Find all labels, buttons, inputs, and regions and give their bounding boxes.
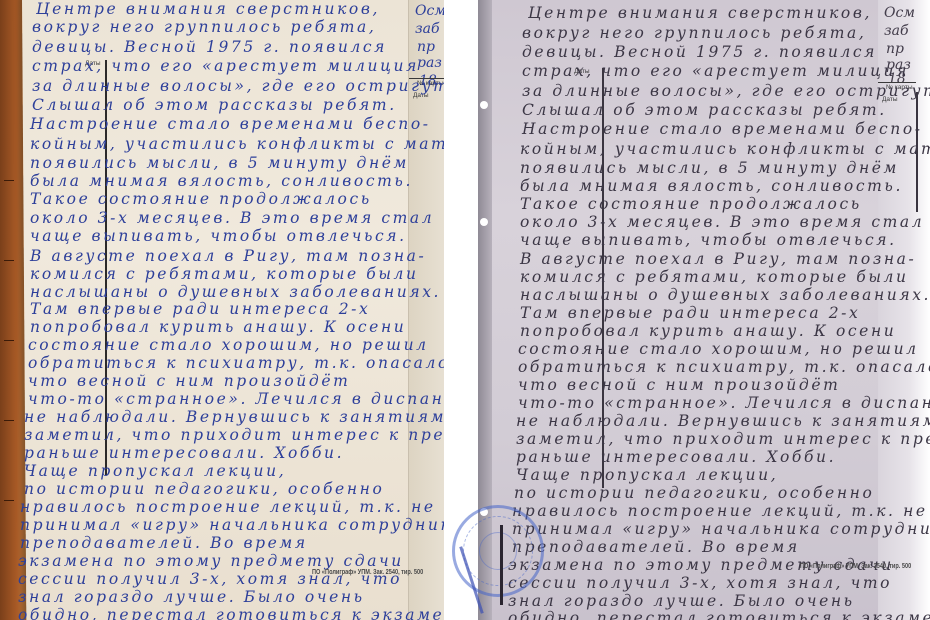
text-line: комился с ребятами, которые были [520, 270, 909, 286]
left-photo-panel: Осм заб пр раз 18 № карты Даты Даты Цент… [0, 0, 444, 620]
side-card-line: заб [884, 24, 909, 38]
text-line: что весной с ним произойдёт [518, 378, 840, 394]
text-line: преподавателей. Во время [20, 536, 308, 552]
text-line: Такое состояние продолжалось [520, 197, 862, 213]
text-line: Центре внимания сверстников, [528, 6, 872, 22]
text-line: обратиться к психиатру, т.к. опасался, [28, 356, 444, 372]
margin-tick [4, 340, 14, 341]
margin-tick [4, 180, 14, 181]
text-line: состояние стало хорошим, но решил [518, 342, 919, 358]
margin-tick [4, 260, 14, 261]
text-line: страх, что его «арестует милиция [522, 64, 909, 80]
printer-imprint: ПО «Полиграф» УПМ. Зак. 2540, тир. 500 [800, 563, 911, 570]
text-line: нравилось построение лекций, т.к. не [512, 504, 928, 520]
margin-tick [4, 420, 14, 421]
text-line: девицы. Весной 1975 г. появился [32, 40, 387, 56]
official-stamp [452, 505, 544, 597]
text-line: койным, участились конфликты с матерью, [520, 142, 930, 158]
text-line: В августе поехал в Ригу, там позна- [520, 252, 916, 268]
text-line: знал гораздо лучше. Было очень [508, 594, 855, 610]
text-line: что весной с ним произойдёт [28, 374, 350, 390]
text-line: вокруг него группилось ребята, [522, 26, 866, 42]
text-line: заметил, что приходит интерес к предмета… [24, 428, 444, 444]
text-line: появились мысли, в 5 минуту днём [520, 161, 899, 177]
text-line: обидно, перестал готовиться к экзаменам [18, 608, 444, 620]
side-card-line: заб [415, 22, 440, 36]
text-line: по истории педагогики, особенно [24, 482, 384, 498]
text-line: комился с ребятами, которые были [30, 267, 419, 283]
text-line: экзамена по этому предмету сдачи [18, 554, 404, 570]
text-line: была мнимая вялость, сонливость. [30, 174, 413, 190]
side-card-line: Осм [415, 4, 444, 18]
text-line: Слышал об этом рассказы ребят. [32, 98, 397, 114]
printer-imprint: ПО «Полиграф» УПМ. Зак. 2540, тир. 500 [312, 569, 423, 576]
side-card-line: пр [886, 42, 904, 56]
text-line: около 3-х месяцев. В это время стал [520, 215, 924, 231]
text-line: койным, участились конфликты с матерью, [30, 137, 444, 153]
text-line: заметил, что приходит интерес к предмета… [516, 432, 930, 448]
side-card-line: Осм [884, 6, 915, 20]
text-line: преподавателей. Во время [512, 540, 800, 556]
side-card-line: пр [417, 40, 435, 54]
text-line: что-то «странное». Лечился в диспансере [518, 396, 930, 412]
text-line: Настроение стало временами беспо- [30, 117, 431, 133]
text-line: нравилось построение лекций, т.к. не [20, 500, 436, 516]
text-line: попробовал курить анашу. К осени [520, 324, 896, 340]
text-line: Чаще пропускал лекции, [516, 468, 778, 484]
side-card-line: раз [417, 56, 442, 70]
text-line: обратиться к психиатру, т.к. опасался, [518, 360, 930, 376]
text-line: сессии получил 3-х, хотя знал, что [508, 576, 892, 592]
text-line: попробовал курить анашу. К осени [30, 320, 406, 336]
text-line: чаще выпивать, чтобы отвлечься. [520, 233, 897, 249]
text-line: Чаще пропускал лекции, [24, 464, 286, 480]
text-line: что-то «странное». Лечился в диспансере [28, 392, 444, 408]
text-line: по истории педагогики, особенно [514, 486, 874, 502]
text-line: не наблюдали. Вернувшись к занятиям [516, 414, 930, 430]
text-line: Слышал об этом рассказы ребят. [522, 103, 887, 119]
text-line: Центре внимания сверстников, [36, 2, 380, 18]
text-line: за длинные волосы», где его остригут. [32, 79, 444, 95]
text-line: появились мысли, в 5 минуту днём [30, 156, 409, 172]
text-line: принимал «игру» начальника сотрудник с [20, 518, 444, 534]
punch-hole [480, 218, 488, 226]
text-line: В августе поехал в Ригу, там позна- [30, 249, 426, 265]
page-edge-shadow [500, 525, 503, 605]
text-line: около 3-х месяцев. В это время стал [30, 211, 434, 227]
stamp-emblem [479, 532, 517, 570]
text-line: вокруг него группилось ребята, [32, 20, 376, 36]
text-line: наслышаны о душевных заболеваниях. [520, 288, 930, 304]
right-scan-panel: Осм заб пр раз 18 № карты Даты Даты Цент… [478, 0, 930, 620]
punch-hole [480, 101, 488, 109]
text-line: не наблюдали. Вернувшись к занятиям [24, 410, 444, 426]
text-line: раньше интересовали. Хобби. [24, 446, 344, 462]
text-line: была мнимая вялость, сонливость. [520, 179, 903, 195]
text-line: Настроение стало временами беспо- [522, 122, 923, 138]
text-line: принимал «игру» начальника сотрудник с [512, 522, 930, 538]
text-line: Такое состояние продолжалось [30, 192, 372, 208]
text-line: Там впервые ради интереса 2-х [30, 302, 370, 318]
text-line: чаще выпивать, чтобы отвлечься. [30, 229, 407, 245]
text-line: обидно, перестал готовиться к экзаменам [508, 611, 930, 620]
text-line: наслышаны о душевных заболеваниях. [30, 285, 441, 301]
text-line: знал гораздо лучше. Было очень [18, 590, 365, 606]
text-line: состояние стало хорошим, но решил [28, 338, 429, 354]
text-line: страх, что его «арестует милиция [32, 59, 419, 75]
margin-tick [4, 500, 14, 501]
text-line: раньше интересовали. Хобби. [516, 450, 836, 466]
text-line: за длинные волосы», где его остригут. [522, 84, 930, 100]
text-line: девицы. Весной 1975 г. появился [522, 45, 877, 61]
text-line: Там впервые ради интереса 2-х [520, 306, 860, 322]
